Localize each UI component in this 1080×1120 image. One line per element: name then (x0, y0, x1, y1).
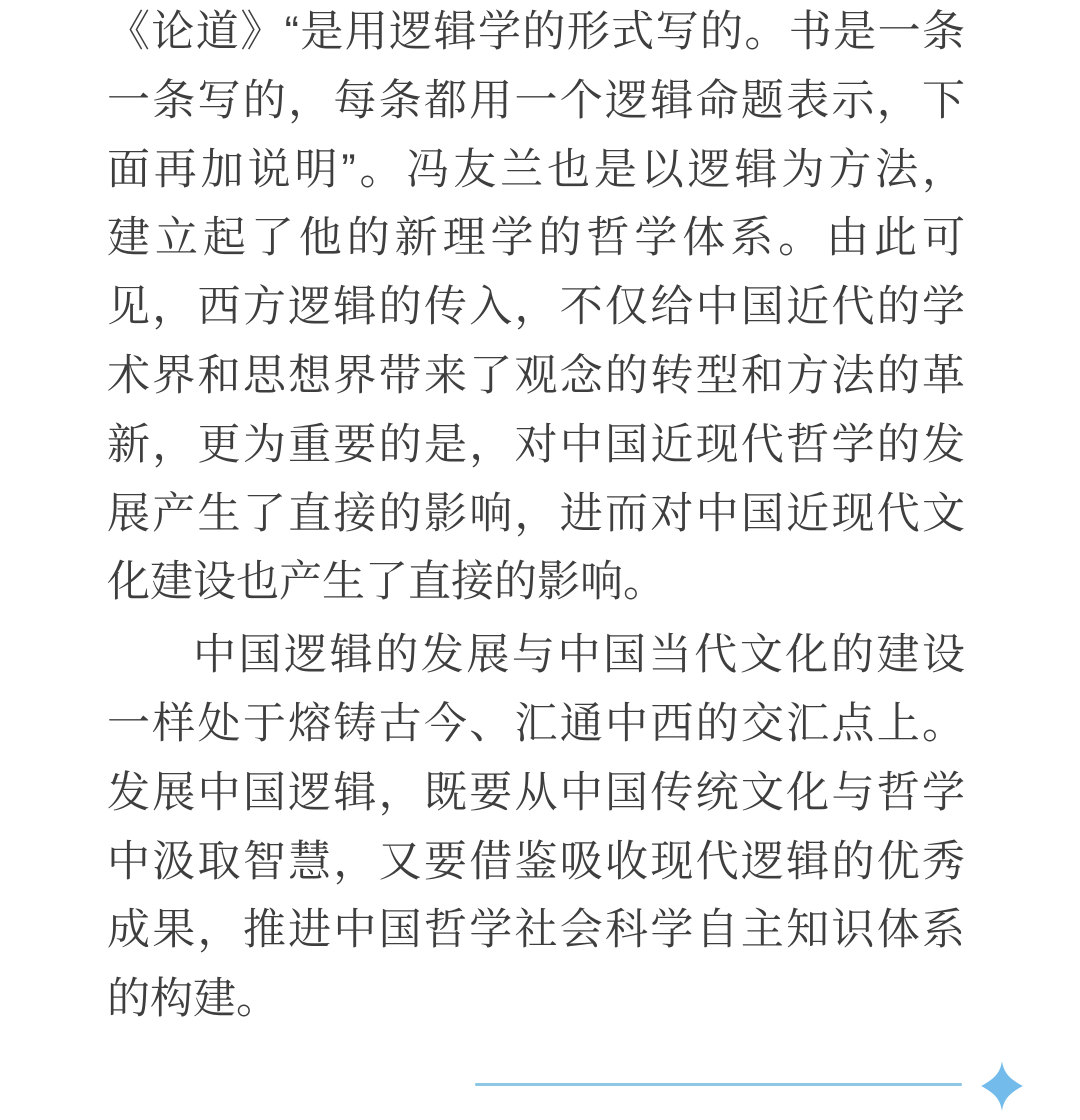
sparkle-icon (981, 1061, 1023, 1111)
article-page: 《论道》“是用逻辑学的形式写的。书是一条一条写的，每条都用一个逻辑命题表示，下面… (0, 0, 1080, 1120)
article-body: 《论道》“是用逻辑学的形式写的。书是一条一条写的，每条都用一个逻辑命题表示，下面… (107, 0, 965, 1034)
text-line: 化建设也产生了直接的影响。 (107, 548, 965, 617)
text-line: 《论道》“是用逻辑学的形式写的。书是一条 (107, 0, 965, 67)
text-line: 成果，推进中国哲学社会科学自主知识体系 (107, 896, 965, 965)
text-line: 术界和思想界带来了观念的转型和方法的革 (107, 342, 965, 411)
text-line: 一样处于熔铸古今、汇通中西的交汇点上。 (107, 690, 965, 759)
text-line: 中国逻辑的发展与中国当代文化的建设 (107, 621, 965, 690)
end-divider-line (475, 1083, 962, 1086)
text-line: 面再加说明”。冯友兰也是以逻辑为方法， (107, 136, 965, 205)
sparkle-shape (981, 1061, 1023, 1111)
text-line: 新，更为重要的是，对中国近现代哲学的发 (107, 411, 965, 480)
text-line: 见，西方逻辑的传入，不仅给中国近代的学 (107, 273, 965, 342)
paragraph: 《论道》“是用逻辑学的形式写的。书是一条一条写的，每条都用一个逻辑命题表示，下面… (107, 0, 965, 617)
text-line: 发展中国逻辑，既要从中国传统文化与哲学 (107, 759, 965, 828)
text-line: 中汲取智慧，又要借鉴吸收现代逻辑的优秀 (107, 828, 965, 897)
text-line: 的构建。 (107, 965, 965, 1034)
text-line: 建立起了他的新理学的哲学体系。由此可 (107, 204, 965, 273)
article-footer (0, 1040, 1080, 1120)
text-line: 展产生了直接的影响，进而对中国近现代文 (107, 480, 965, 549)
paragraph: 中国逻辑的发展与中国当代文化的建设一样处于熔铸古今、汇通中西的交汇点上。发展中国… (107, 621, 965, 1034)
text-line: 一条写的，每条都用一个逻辑命题表示，下 (107, 67, 965, 136)
